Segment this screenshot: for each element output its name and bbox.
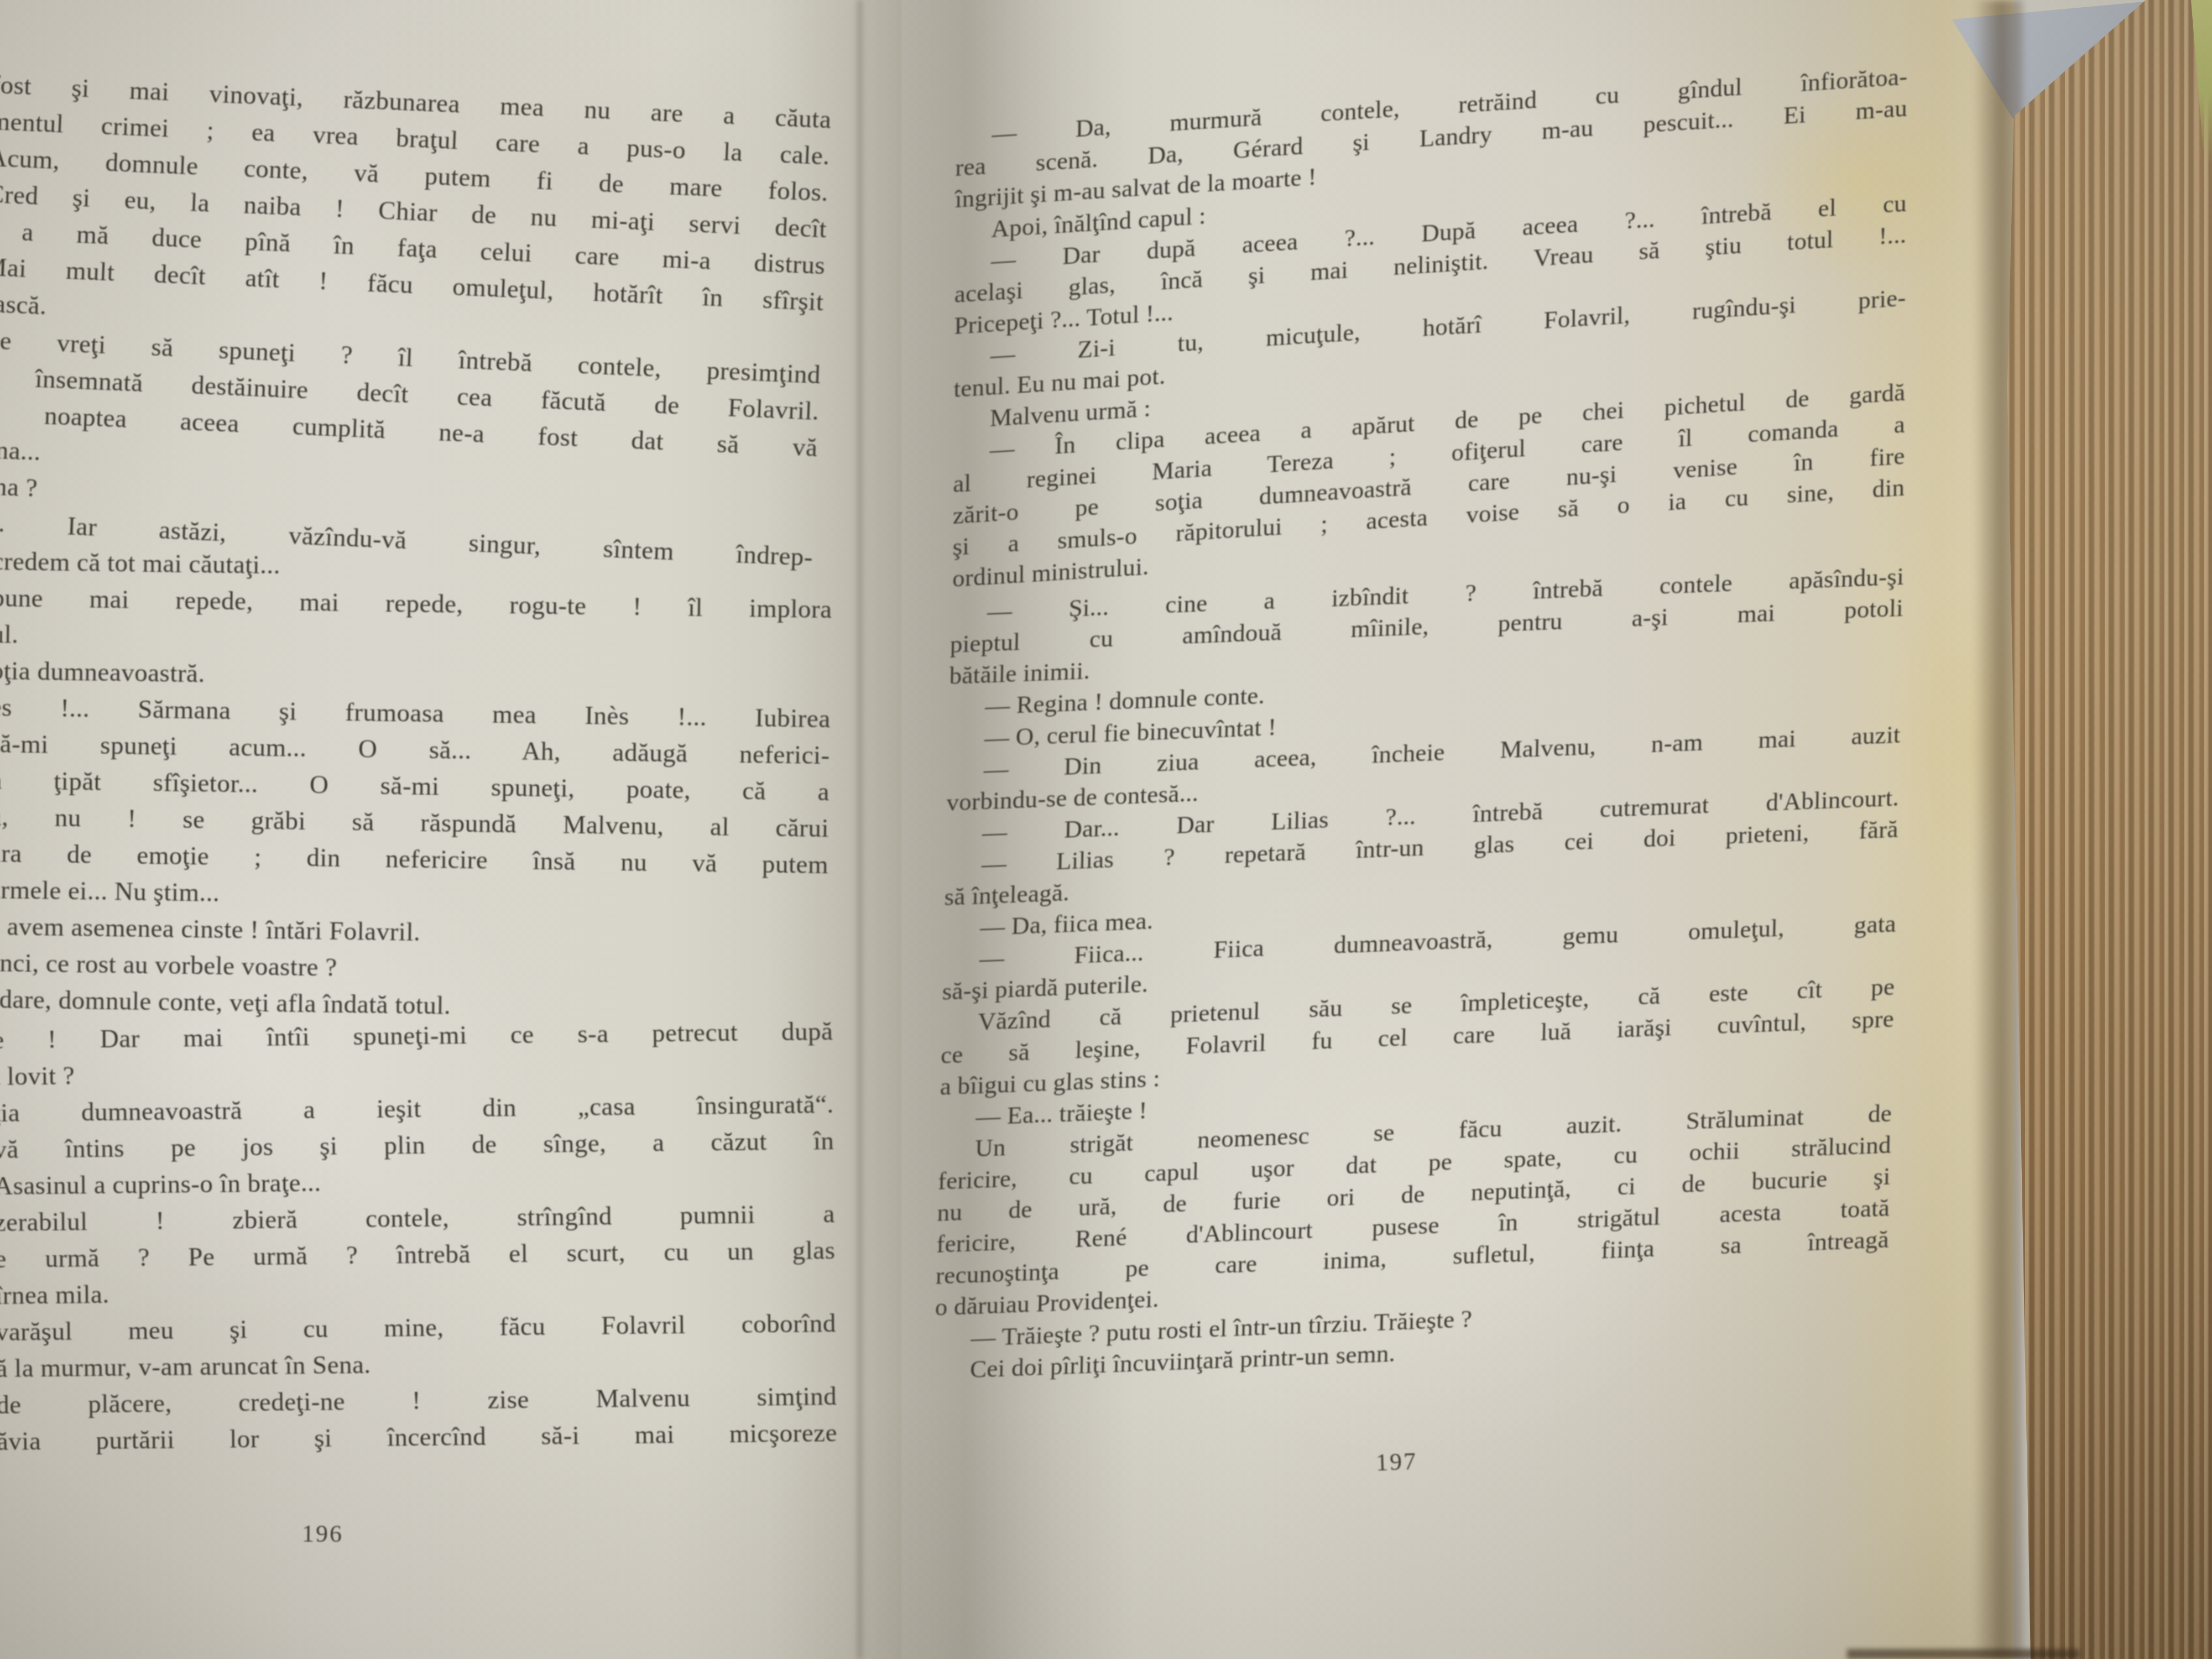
- gutter-crease-line: [857, 0, 863, 1659]
- left-page-text-top: fost şi mai vinovaţi, răzbunarea mea nu …: [0, 66, 832, 576]
- book-bottom-edge-shadow: [1847, 1649, 2079, 1659]
- right-page-text-top: — Da, murmură contele, retrăind cu gîndu…: [952, 61, 1908, 594]
- left-page-text-bottom: e ! Dar mai întîi spuneţi-mi ce s-a petr…: [0, 1013, 837, 1460]
- left-page-text-middle: credem că tot mai căutaţi...pune mai rep…: [0, 543, 833, 1029]
- page-number-left: 196: [302, 1520, 343, 1548]
- open-book-photo: fost şi mai vinovaţi, răzbunarea mea nu …: [0, 0, 2212, 1659]
- page-number-right: 197: [1375, 1447, 1418, 1477]
- right-page-text-bottom: — Şi... cine a izbîndit ? întrebă contel…: [933, 561, 1905, 1387]
